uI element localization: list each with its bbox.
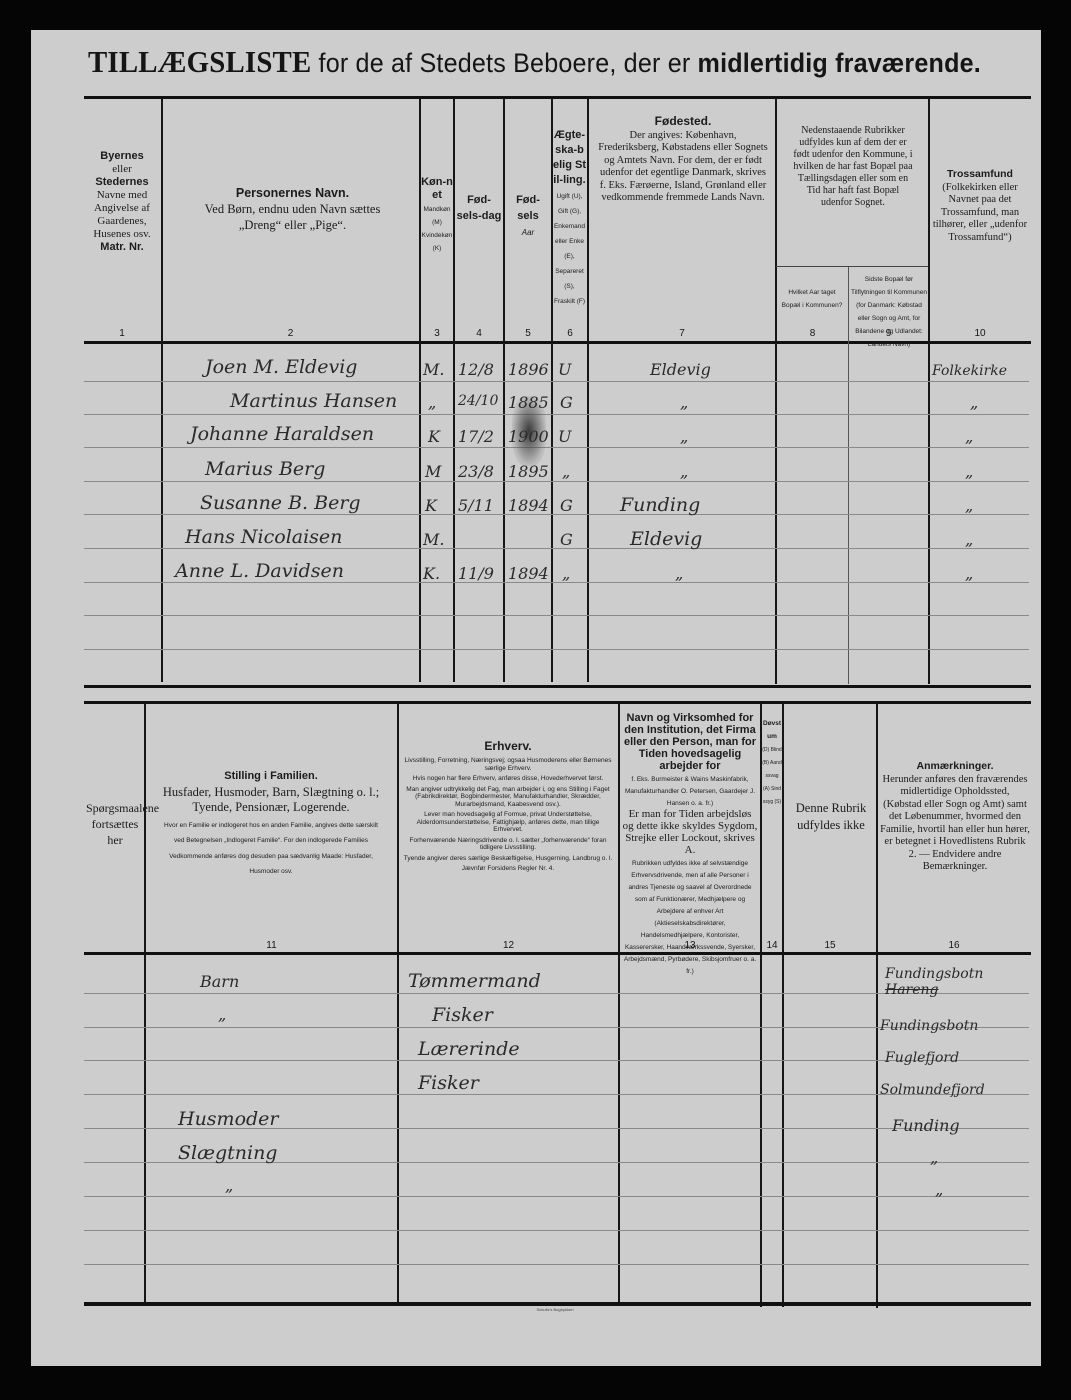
- header-col-5: Fød-sels Aar: [506, 192, 550, 240]
- marital-status: „: [562, 564, 570, 583]
- birthplace: Eldevig: [650, 360, 711, 379]
- header-col-8: Hvilket Aar taget Bopæl i Kommunen?: [779, 285, 845, 311]
- sex: „: [428, 393, 436, 412]
- col-divider: [587, 98, 589, 682]
- col-number: 15: [784, 940, 876, 951]
- family-position: „: [218, 1005, 226, 1024]
- birthplace: Funding: [620, 494, 700, 516]
- birthplace: Eldevig: [630, 528, 702, 550]
- col-number: 11: [146, 940, 397, 951]
- remarks: Solmundefjord: [880, 1082, 985, 1098]
- col-divider: [503, 98, 505, 682]
- col-number: 6: [553, 328, 587, 339]
- title-middle: for de af Stedets Beboere, der er: [319, 48, 691, 78]
- birth-year: 1885: [508, 393, 549, 412]
- birth-year: 1894: [508, 496, 549, 515]
- top-rule: [84, 96, 1031, 99]
- sex: K.: [423, 564, 440, 583]
- row-rule: [84, 381, 1029, 382]
- row-rule: [84, 548, 1029, 549]
- col-number: 3: [421, 328, 453, 339]
- col-number: 7: [589, 328, 775, 339]
- family-position: Slægtning: [178, 1142, 277, 1164]
- sex: K: [428, 427, 440, 446]
- col-divider: [782, 704, 784, 1307]
- marital-status: „: [562, 462, 570, 481]
- title-lead: TILLÆGSLISTE: [88, 44, 311, 79]
- person-name: Hans Nicolaisen: [185, 526, 342, 548]
- section-divider-rule-1: [84, 685, 1031, 688]
- col-divider: [161, 98, 163, 682]
- col-number: 1: [84, 328, 160, 339]
- col-number: 10: [930, 328, 1030, 339]
- religion: Folkekirke: [932, 363, 1007, 379]
- person-name: Anne L. Davidsen: [175, 560, 344, 582]
- row-rule: [84, 582, 1029, 583]
- remarks: Fuglefjord: [885, 1050, 959, 1066]
- sex: M.: [423, 360, 444, 379]
- birth-day: 5/11: [458, 496, 494, 515]
- col-number: 16: [878, 940, 1030, 951]
- row-rule: [84, 1196, 1029, 1197]
- header-col-6: Ægte-ska-belig Stil-ling. Ugift (U), Gif…: [553, 128, 586, 308]
- form-title: TILLÆGSLISTE for de af Stedets Beboere, …: [88, 44, 962, 90]
- col-divider: [928, 98, 930, 684]
- remarks: „: [930, 1148, 938, 1167]
- row-rule: [84, 447, 1029, 448]
- religion: „: [965, 564, 973, 583]
- col-number: 14: [762, 940, 782, 951]
- marital-status: G: [560, 393, 573, 412]
- col-divider: [775, 98, 777, 684]
- header-col-1: Byernes eller Stedernes Navne med Angive…: [84, 150, 160, 254]
- header-col-3: Køn-net Mandkøn (M) Kvindekøn (K): [421, 176, 453, 254]
- religion: „: [965, 530, 973, 549]
- remarks: Fundingsbotn: [885, 966, 983, 982]
- birthplace: „: [680, 462, 688, 481]
- person-name: Johanne Haraldsen: [190, 423, 374, 445]
- title-emphasis: midlertidig fraværende.: [698, 48, 981, 78]
- birthplace: „: [680, 427, 688, 446]
- row-rule: [84, 649, 1029, 650]
- sex: K: [425, 496, 437, 515]
- remarks-struck: Hareng: [885, 982, 939, 998]
- occupation: Tømmermand: [408, 970, 541, 992]
- marital-status: G: [560, 530, 573, 549]
- header-col-7: Fødested. Der angives: København, Freder…: [598, 115, 768, 205]
- religion: „: [965, 462, 973, 481]
- religion: „: [965, 496, 973, 515]
- family-position: Barn: [200, 972, 239, 991]
- bottom-rule: [84, 1302, 1031, 1306]
- occupation: Lærerinde: [418, 1038, 520, 1060]
- col-number: 4: [455, 328, 503, 339]
- header-col-12: Erhverv. Livsstilling, Forretning, Nærin…: [402, 740, 614, 873]
- row-rule: [84, 414, 1029, 415]
- header-col-16: Anmærkninger. Herunder anføres den fravæ…: [880, 760, 1030, 874]
- subheader-rule: [776, 266, 928, 267]
- religion: „: [970, 393, 978, 412]
- col-divider: [876, 704, 878, 1308]
- person-name: Susanne B. Berg: [200, 492, 361, 514]
- header-col-2: Personernes Navn. Ved Børn, endnu uden N…: [190, 185, 395, 233]
- birth-day: 12/8: [458, 360, 494, 379]
- row-rule: [84, 615, 1029, 616]
- family-position: „: [225, 1176, 233, 1195]
- person-name: Joen M. Eldevig: [205, 356, 357, 378]
- family-position: Husmoder: [178, 1108, 279, 1130]
- birth-year: 1900: [508, 427, 549, 446]
- birth-year: 1896: [508, 360, 549, 379]
- row-rule: [84, 1230, 1029, 1231]
- row-rule: [84, 1264, 1029, 1265]
- col-number: 8: [777, 328, 848, 339]
- section-divider-rule-2: [84, 701, 1031, 704]
- person-name: Martinus Hansen: [230, 390, 397, 412]
- marital-status: U: [558, 360, 571, 379]
- birthplace: „: [675, 564, 683, 583]
- header-col-4: Fød-sels-dag: [456, 192, 502, 224]
- printer-mark: Schultz's Bogtrykkeri: [505, 1307, 605, 1312]
- col-number: 5: [505, 328, 551, 339]
- col-divider: [397, 704, 399, 1305]
- occupation: Fisker: [432, 1004, 493, 1026]
- header-col-10: Trossamfund (Folkekirken eller Navnet pa…: [932, 168, 1028, 244]
- birth-year: 1895: [508, 462, 549, 481]
- birth-day: 17/2: [458, 427, 494, 446]
- birth-year: 1894: [508, 564, 549, 583]
- birthplace: „: [680, 393, 688, 412]
- header-col-11: Stilling i Familien. Husfader, Husmoder,…: [160, 768, 382, 878]
- header-col-8-9-group: Nedenstaaende Rubrikker udfyldes kun af …: [790, 125, 916, 209]
- header-col-15: Denne Rubrik udfyldes ikke: [786, 800, 876, 834]
- marital-status: U: [558, 427, 571, 446]
- col-number: 2: [163, 328, 418, 339]
- remarks: „: [935, 1180, 943, 1199]
- remarks: Fundingsbotn: [880, 1018, 978, 1034]
- header-col-13: Navn og Virksomhed for den Institution, …: [622, 712, 758, 976]
- header-continued: Spørgsmaalene fortsættes her: [86, 800, 144, 848]
- col-divider: [144, 704, 146, 1304]
- header-col-14: Døvstum (D) Blind (B) Aandssvag (A) Sind…: [762, 716, 782, 807]
- col-divider: [618, 704, 620, 1306]
- person-name: Marius Berg: [205, 458, 325, 480]
- religion: „: [965, 427, 973, 446]
- birth-day: 24/10: [458, 393, 498, 409]
- row-rule: [84, 481, 1029, 482]
- sex: M: [425, 462, 441, 481]
- occupation: Fisker: [418, 1072, 479, 1094]
- row-rule: [84, 514, 1029, 515]
- col-number: 13: [620, 940, 760, 951]
- col-number: 9: [849, 328, 928, 339]
- marital-status: G: [560, 496, 573, 515]
- birth-day: 11/9: [458, 564, 494, 583]
- lower-header-bottom-rule: [84, 952, 1031, 955]
- remarks: Funding: [892, 1116, 960, 1135]
- col-divider: [453, 98, 455, 682]
- sex: M.: [423, 530, 444, 549]
- birth-day: 23/8: [458, 462, 494, 481]
- col-number: 12: [399, 940, 618, 951]
